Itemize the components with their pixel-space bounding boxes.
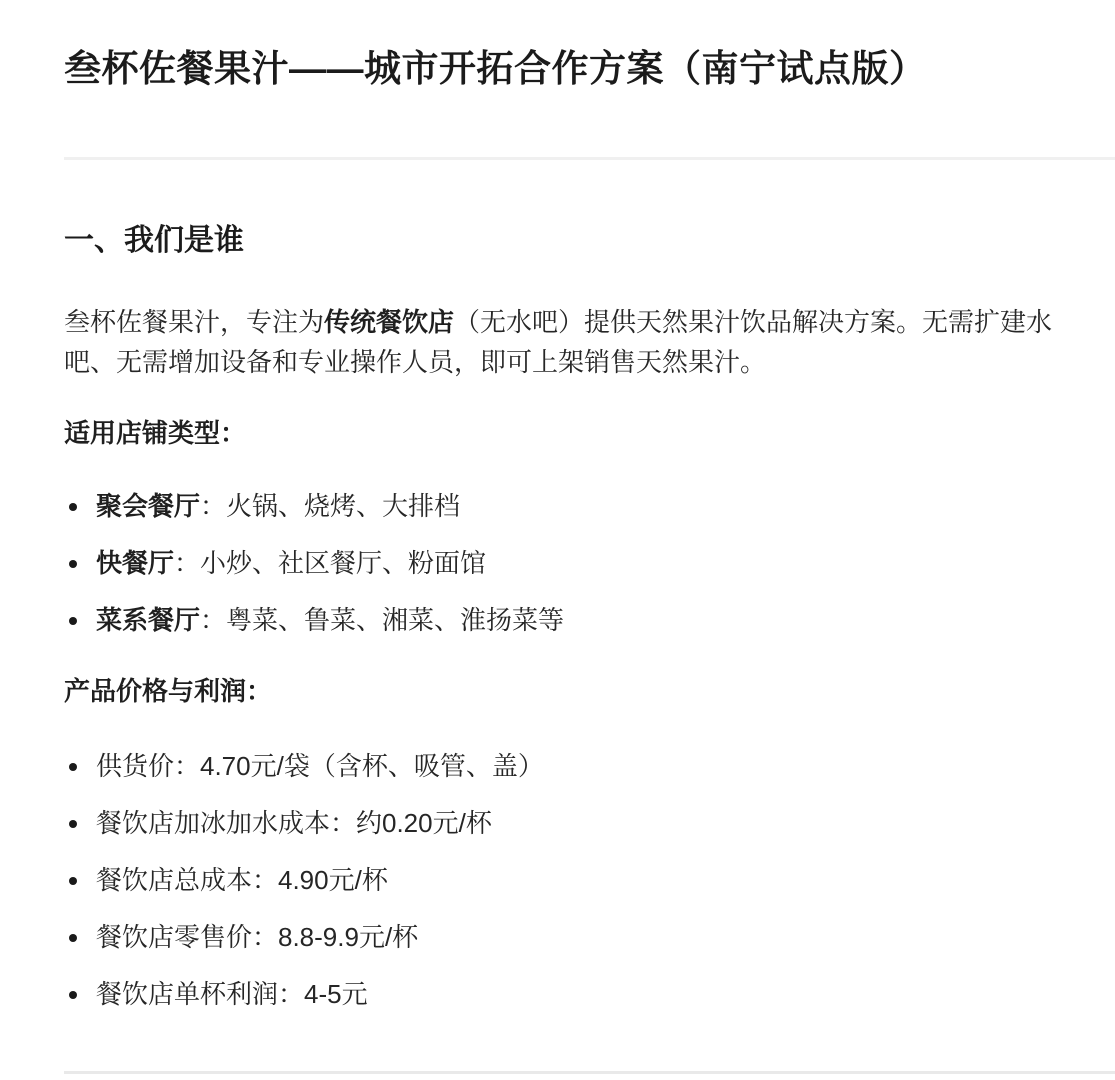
list-item-text: 餐饮店总成本：4.90元/杯 xyxy=(96,865,388,895)
pricing-heading: 产品价格与利润： xyxy=(64,671,1115,711)
list-item: 供货价：4.70元/袋（含杯、吸管、盖） xyxy=(64,746,1115,787)
list-item: 餐饮店单杯利润：4-5元 xyxy=(64,974,1115,1015)
list-item: 餐饮店加冰加水成本：约0.20元/杯 xyxy=(64,803,1115,844)
list-item-text: ：粤菜、鲁菜、湘菜、淮扬菜等 xyxy=(200,605,564,635)
bullet-icon xyxy=(69,934,77,942)
bullet-icon xyxy=(69,560,77,568)
list-item-text: 餐饮店单杯利润：4-5元 xyxy=(96,979,368,1009)
list-item-label: 聚会餐厅 xyxy=(96,491,200,521)
document-page: 叁杯佐餐果汁——城市开拓合作方案（南宁试点版） 一、我们是谁 叁杯佐餐果汁，专注… xyxy=(0,45,1115,1074)
pricing-list: 供货价：4.70元/袋（含杯、吸管、盖） 餐饮店加冰加水成本：约0.20元/杯 … xyxy=(64,746,1115,1015)
list-item-text: ：火锅、烧烤、大排档 xyxy=(200,491,460,521)
store-types-list: 聚会餐厅：火锅、烧烤、大排档 快餐厅：小炒、社区餐厅、粉面馆 菜系餐厅：粤菜、鲁… xyxy=(64,486,1115,641)
bullet-icon xyxy=(69,503,77,511)
bullet-icon xyxy=(69,877,77,885)
intro-text-bold: 传统餐饮店 xyxy=(324,307,454,337)
list-item-text: 餐饮店加冰加水成本：约0.20元/杯 xyxy=(96,808,492,838)
bullet-icon xyxy=(69,617,77,625)
list-item-label: 菜系餐厅 xyxy=(96,605,200,635)
store-types-heading: 适用店铺类型： xyxy=(64,413,1115,453)
intro-text-before: 叁杯佐餐果汁，专注为 xyxy=(64,307,324,337)
list-item-text: ：小炒、社区餐厅、粉面馆 xyxy=(174,548,486,578)
section-heading-who-we-are: 一、我们是谁 xyxy=(64,222,1115,260)
bullet-icon xyxy=(69,820,77,828)
page-title: 叁杯佐餐果汁——城市开拓合作方案（南宁试点版） xyxy=(64,45,1115,93)
title-divider xyxy=(64,157,1115,160)
list-item: 聚会餐厅：火锅、烧烤、大排档 xyxy=(64,486,1115,527)
bullet-icon xyxy=(69,991,77,999)
bullet-icon xyxy=(69,763,77,771)
section-divider xyxy=(64,1071,1115,1074)
list-item: 餐饮店零售价：8.8-9.9元/杯 xyxy=(64,917,1115,958)
intro-paragraph: 叁杯佐餐果汁，专注为传统餐饮店（无水吧）提供天然果汁饮品解决方案。无需扩建水吧、… xyxy=(64,302,1064,382)
list-item-text: 供货价：4.70元/袋（含杯、吸管、盖） xyxy=(96,751,544,781)
list-item: 菜系餐厅：粤菜、鲁菜、湘菜、淮扬菜等 xyxy=(64,600,1115,641)
list-item-text: 餐饮店零售价：8.8-9.9元/杯 xyxy=(96,922,418,952)
list-item-label: 快餐厅 xyxy=(96,548,174,578)
list-item: 快餐厅：小炒、社区餐厅、粉面馆 xyxy=(64,543,1115,584)
list-item: 餐饮店总成本：4.90元/杯 xyxy=(64,860,1115,901)
